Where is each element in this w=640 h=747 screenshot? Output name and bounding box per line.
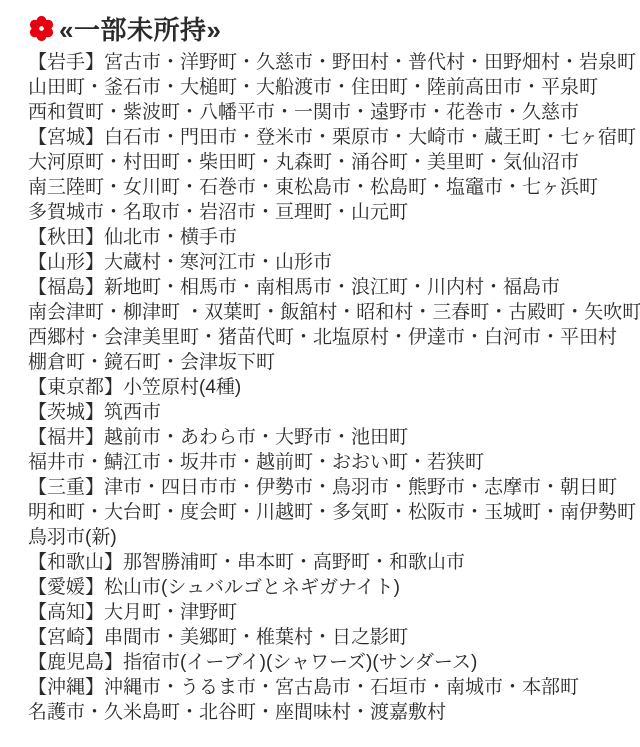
list-line: 【和歌山】那智勝浦町・串本町・高野町・和歌山市 xyxy=(28,550,630,575)
list-line: 多賀城市・名取市・岩沼市・亘理町・山元町 xyxy=(28,200,630,225)
list-line: 【東京都】小笠原村(4種) xyxy=(28,375,630,400)
list-line: 【福島】新地町・相馬市・南相馬市・浪江町・川内村・福島市 xyxy=(28,275,630,300)
list-line: 【岩手】宮古市・洋野町・久慈市・野田村・普代村・田野畑村・岩泉町 xyxy=(28,50,630,75)
listing-description-page: «一部未所持» 【岩手】宮古市・洋野町・久慈市・野田村・普代村・田野畑村・岩泉町… xyxy=(0,0,640,725)
list-line: 【愛媛】松山市(シュバルゴとネギガナイト) xyxy=(28,575,630,600)
list-line: 山田町・釜石市・大槌町・大船渡市・住田町・陸前高田市・平泉町 xyxy=(28,75,630,100)
list-line: 【秋田】仙北市・横手市 xyxy=(28,225,630,250)
section-title: «一部未所持» xyxy=(59,10,221,47)
list-line: 福井市・鯖江市・坂井市・越前町・おおい町・若狭町 xyxy=(28,450,630,475)
list-line: 鳥羽市(新) xyxy=(28,525,630,550)
list-line: 【高知】大月町・津野町 xyxy=(28,600,630,625)
list-line: 【三重】津市・四日市市・伊勢市・鳥羽市・熊野市・志摩市・朝日町 xyxy=(28,475,630,500)
list-line: 【宮城】白石市・門田市・登米市・栗原市・大崎市・蔵王町・七ヶ宿町 xyxy=(28,125,630,150)
list-line: 西郷村・会津美里町・猪苗代町・北塩原村・伊達市・白河市・平田村 xyxy=(28,325,630,350)
list-line: 南会津町・柳津町 ・双葉町・飯舘村・昭和村・三春町・古殿町・矢吹町 xyxy=(28,300,630,325)
list-line: 【鹿児島】指宿市(イーブイ)(シャワーズ)(サンダース) xyxy=(28,650,630,675)
list-line: 名護市・久米島町・北谷町・座間味村・渡嘉敷村 xyxy=(28,700,630,725)
list-line: 【福井】越前市・あわら市・大野市・池田町 xyxy=(28,425,630,450)
list-line: 明和町・大台町・度会町・川越町・多気町・松阪市・玉城町・南伊勢町 xyxy=(28,500,630,525)
list-line: 西和賀町・紫波町・八幡平市・一関市・遠野市・花巻市・久慈市 xyxy=(28,100,630,125)
list-line: 【宮崎】串間市・美郷町・椎葉村・日之影町 xyxy=(28,625,630,650)
list-line: 大河原町・村田町・柴田町・丸森町・涌谷町・美里町・気仙沼市 xyxy=(28,150,630,175)
list-line: 棚倉町・鏡石町・会津坂下町 xyxy=(28,350,630,375)
section-header: «一部未所持» xyxy=(28,10,630,46)
list-line: 【茨城】筑西市 xyxy=(28,400,630,425)
flower-icon xyxy=(28,15,55,42)
municipality-list: 【岩手】宮古市・洋野町・久慈市・野田村・普代村・田野畑村・岩泉町山田町・釜石市・… xyxy=(28,50,630,725)
list-line: 【沖縄】沖縄市・うるま市・宮古島市・石垣市・南城市・本部町 xyxy=(28,675,630,700)
list-line: 南三陸町・女川町・石巻市・東松島市・松島町・塩竈市・七ヶ浜町 xyxy=(28,175,630,200)
list-line: 【山形】大蔵村・寒河江市・山形市 xyxy=(28,250,630,275)
